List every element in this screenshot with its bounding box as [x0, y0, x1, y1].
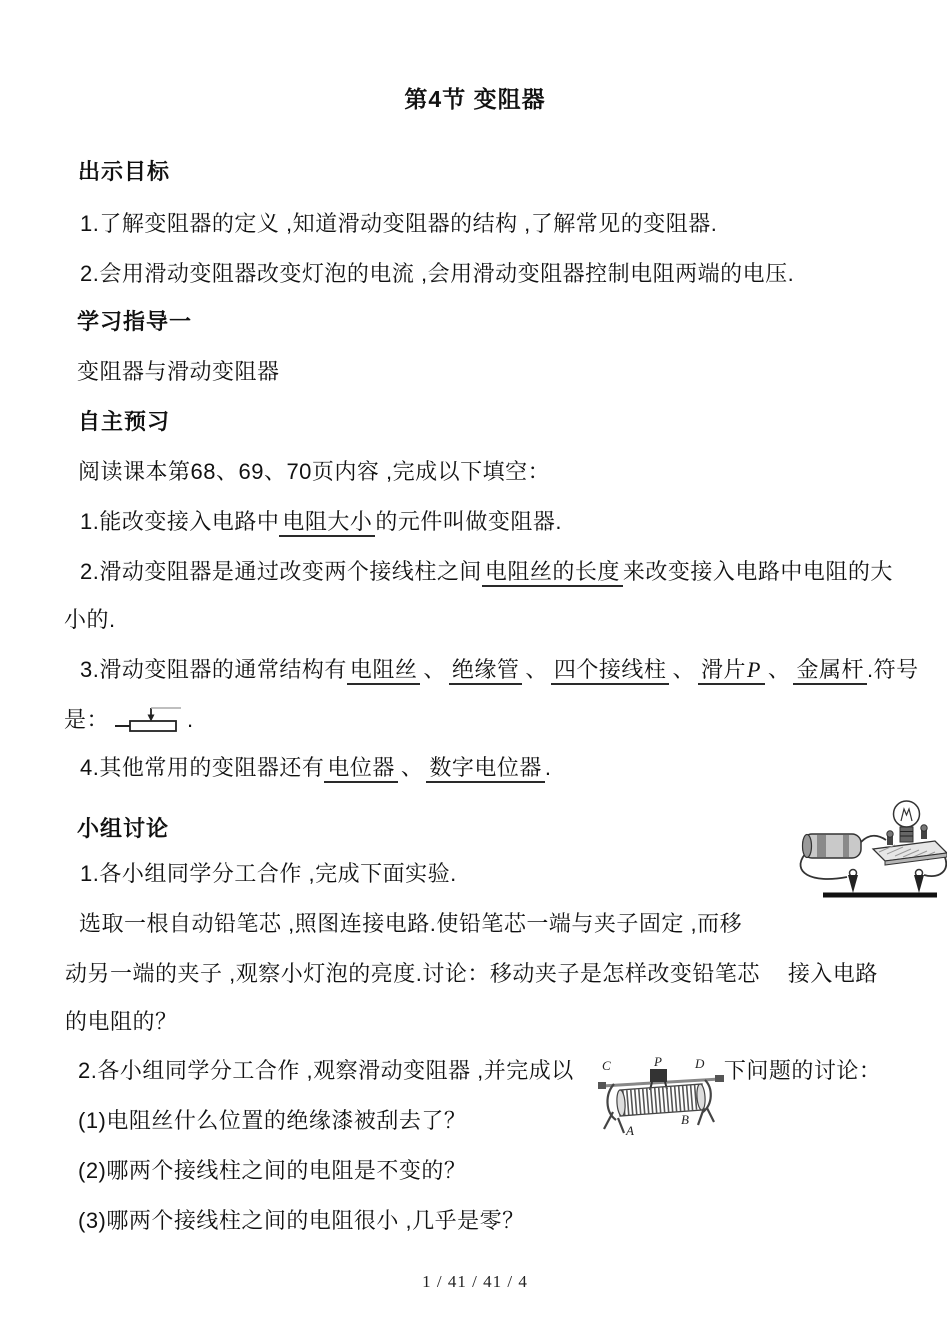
terminal-label-a: A	[625, 1123, 634, 1138]
task2-pre: 2.各小组同学分工合作 ,观察滑动变阻器 ,并完成以	[78, 1058, 574, 1083]
terminal-label-c: C	[602, 1058, 611, 1073]
question-1: (1)电阻丝什么位置的绝缘漆被刮去了？	[78, 1107, 466, 1135]
enum-comma: 、	[669, 657, 698, 682]
page-number-footer: 1 / 41 / 41 / 4	[0, 1272, 950, 1292]
guide-heading: 学习指导一	[77, 308, 192, 336]
fill2-post: 来改变接入电路中电阻的大	[623, 559, 893, 584]
fill3-blank-1: 电阻丝	[347, 657, 421, 685]
question-2: (2)哪两个接线柱之间的电阻是不变的？	[78, 1157, 466, 1185]
fill1-pre: 1.能改变接入电路中	[80, 509, 279, 534]
preview-intro: 阅读课本第68、69、70页内容 ,完成以下填空：	[78, 458, 550, 486]
enum-comma: 、	[765, 657, 794, 682]
terminal-label-b: B	[681, 1112, 689, 1127]
fill-blank-3-cont: 是：.	[64, 702, 194, 734]
task1-line1: 选取一根自动铅笔芯 ,照图连接电路.使铅笔芯一端与夹子固定 ,而移	[79, 910, 742, 938]
question-3: (3)哪两个接线柱之间的电阻很小 ,几乎是零？	[78, 1207, 525, 1235]
task1-line2a: 动另一端的夹子 ,观察小灯泡的亮度.讨论：移动夹子是怎样改变铅笔芯	[65, 961, 760, 986]
fill1-post: 的元件叫做变阻器.	[375, 509, 562, 534]
fill4-pre: 4.其他常用的变阻器还有	[80, 755, 324, 780]
objective-item-2: 2.会用滑动变阻器改变灯泡的电流 ,会用滑动变阻器控制电阻两端的电压.	[80, 260, 794, 288]
preview-heading: 自主预习	[78, 408, 170, 436]
fill3-blank4-label: 滑片	[701, 657, 746, 682]
fill-blank-2-cont: 小的.	[64, 606, 116, 634]
objective-item-1: 1.了解变阻器的定义 ,知道滑动变阻器的结构 ,了解常见的变阻器.	[80, 210, 717, 238]
fill-blank-1: 1.能改变接入电路中电阻大小的元件叫做变阻器.	[80, 508, 562, 536]
fill4-post: .	[545, 755, 552, 780]
task1-line2: 动另一端的夹子 ,观察小灯泡的亮度.讨论：移动夹子是怎样改变铅笔芯接入电路	[65, 960, 878, 988]
fill4-blank-2: 数字电位器	[426, 755, 545, 783]
fill3-cont-post: .	[187, 707, 194, 732]
fill2-pre: 2.滑动变阻器是通过改变两个接线柱之间	[80, 559, 482, 584]
fill4-blank-1: 电位器	[324, 755, 398, 783]
fill1-blank: 电阻大小	[279, 509, 375, 537]
objectives-heading: 出示目标	[78, 158, 170, 186]
enum-comma: 、	[522, 657, 551, 682]
terminal-label-d: D	[694, 1056, 705, 1071]
battery	[803, 834, 862, 858]
fill3-blank-3: 四个接线柱	[551, 657, 670, 685]
fill-blank-2: 2.滑动变阻器是通过改变两个接线柱之间电阻丝的长度来改变接入电路中电阻的大	[80, 558, 893, 586]
task2-line: 2.各小组同学分工合作 ,观察滑动变阻器 ,并完成以下问题的讨论：	[78, 1057, 881, 1085]
fill3-blank-5: 金属杆	[793, 657, 867, 685]
fill-blank-3: 3.滑动变阻器的通常结构有电阻丝、绝缘管、四个接线柱、滑片P、金属杆.符号	[80, 656, 919, 684]
experiment-circuit-figure	[795, 796, 947, 908]
clip-right	[914, 875, 924, 893]
terminal-label-p: P	[653, 1056, 662, 1069]
task1-line3: 的电阻的？	[65, 1008, 178, 1036]
fill3-pre: 3.滑动变阻器的通常结构有	[80, 657, 347, 682]
enum-comma: 、	[420, 657, 449, 682]
slider-variable-p: P	[746, 657, 762, 682]
task1-line2b: 接入电路	[788, 961, 878, 986]
slide-rheostat-figure: C P D A B	[596, 1056, 726, 1138]
guide-topic: 变阻器与滑动变阻器	[77, 358, 280, 386]
fill3-blank-2: 绝缘管	[449, 657, 523, 685]
fill3-blank-4: 滑片P	[698, 657, 765, 685]
fill3-post: .符号	[867, 657, 919, 682]
page-title: 第4节 变阻器	[0, 85, 950, 114]
rheostat-symbol-icon	[113, 702, 183, 734]
resistance-coil	[616, 1084, 706, 1116]
light-bulb	[894, 801, 920, 842]
fill-blank-4: 4.其他常用的变阻器还有电位器、数字电位器.	[80, 754, 552, 782]
task1-intro: 1.各小组同学分工合作 ,完成下面实验.	[80, 860, 457, 888]
worksheet-page: 第4节 变阻器 出示目标 1.了解变阻器的定义 ,知道滑动变阻器的结构 ,了解常…	[0, 0, 950, 1344]
clip-left	[848, 875, 858, 893]
fill2-blank: 电阻丝的长度	[482, 559, 623, 587]
discussion-heading: 小组讨论	[77, 815, 169, 843]
task2-post: 下问题的讨论：	[724, 1058, 882, 1083]
fill3-cont-pre: 是：	[64, 707, 109, 732]
enum-comma: 、	[398, 755, 427, 780]
